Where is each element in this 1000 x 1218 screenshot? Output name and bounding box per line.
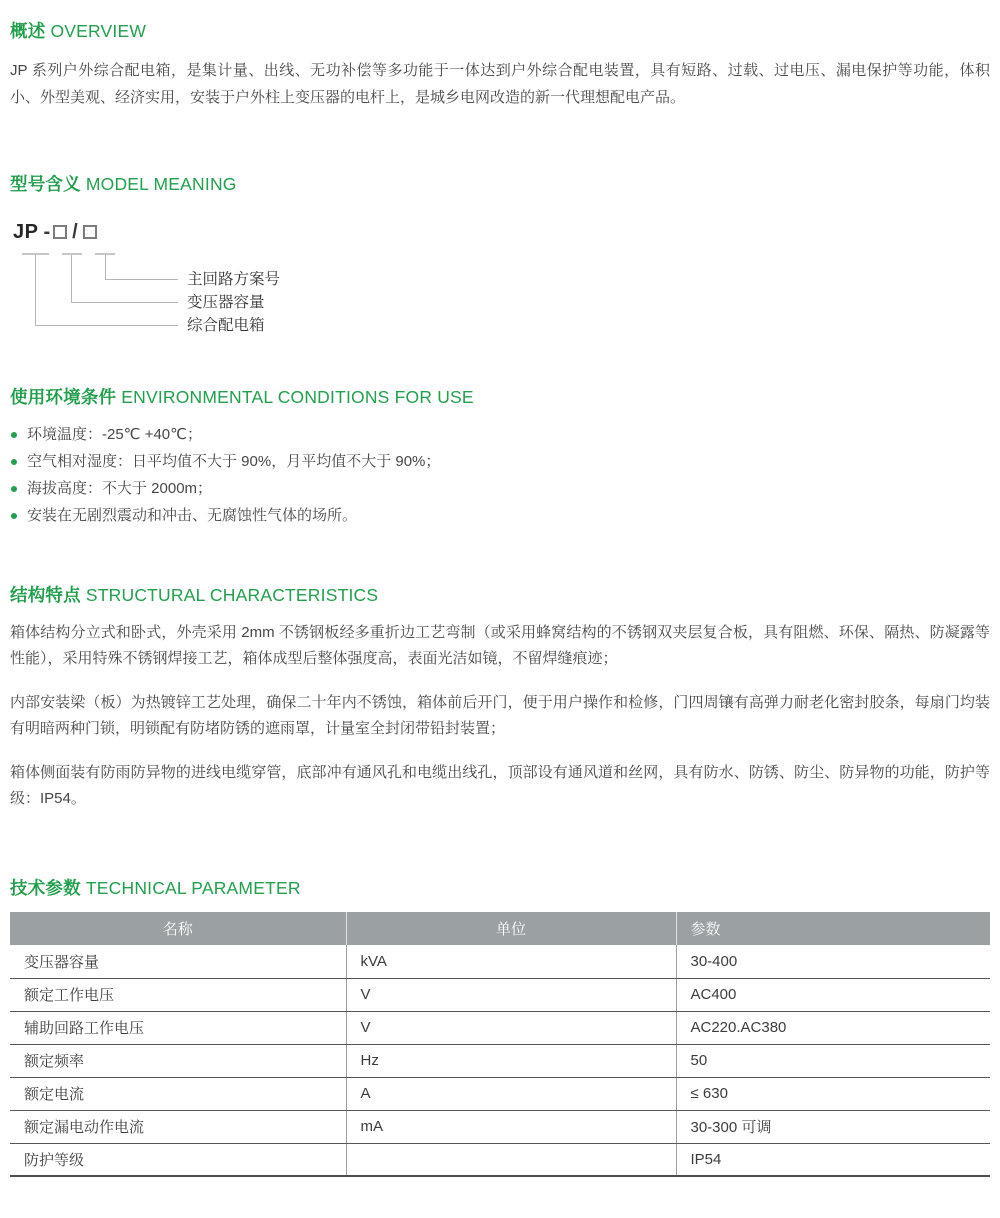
cell-name: 额定漏电动作电流 — [10, 1110, 346, 1143]
overview-heading-en: OVERVIEW — [50, 21, 146, 41]
cell-parameter: ≤ 630 — [676, 1077, 990, 1110]
list-item-text: 环境温度：-25℃ +40℃； — [27, 426, 202, 443]
environment-heading: 使用环境条件 ENVIRONMENTAL CONDITIONS FOR USE — [10, 386, 990, 408]
section-technical: 技术参数 TECHNICAL PARAMETER 名称 单位 参数 变压器容量 … — [10, 877, 990, 1177]
cell-unit — [346, 1143, 676, 1176]
cell-unit: V — [346, 978, 676, 1011]
list-item: 安装在无剧烈震动和冲击、无腐蚀性气体的场所。 — [10, 502, 990, 529]
overview-heading: 概述 OVERVIEW — [10, 20, 990, 42]
list-item-text: 安装在无剧烈震动和冲击、无腐蚀性气体的场所。 — [27, 507, 357, 524]
environment-heading-en: ENVIRONMENTAL CONDITIONS FOR USE — [121, 387, 474, 407]
cell-name: 额定电流 — [10, 1077, 346, 1110]
bullet-icon — [11, 459, 17, 465]
bullet-icon — [11, 513, 17, 519]
cell-parameter: 30-300 可调 — [676, 1110, 990, 1143]
section-model-meaning: 型号含义 MODEL MEANING JP-/ 主回路方案号 变压器容量 综合配… — [10, 173, 990, 365]
cell-unit: mA — [346, 1110, 676, 1143]
bullet-icon — [11, 432, 17, 438]
cell-name: 额定频率 — [10, 1044, 346, 1077]
environment-heading-zh: 使用环境条件 — [10, 387, 116, 407]
table-row: 变压器容量 kVA 30-400 — [10, 945, 990, 978]
model-dash: - — [43, 221, 50, 243]
model-meaning-heading-zh: 型号含义 — [10, 174, 81, 194]
table-header-name: 名称 — [10, 912, 346, 945]
cell-parameter: 30-400 — [676, 945, 990, 978]
table-header-parameter: 参数 — [676, 912, 990, 945]
structure-paragraph: 箱体侧面装有防雨防异物的进线电缆穿管，底部冲有通风孔和电缆出线孔，顶部设有通风道… — [10, 760, 990, 812]
table-row: 额定漏电动作电流 mA 30-300 可调 — [10, 1110, 990, 1143]
model-slash: / — [72, 221, 78, 243]
table-row: 辅助回路工作电压 V AC220.AC380 — [10, 1011, 990, 1044]
table-row: 额定频率 Hz 50 — [10, 1044, 990, 1077]
model-prefix: JP — [13, 221, 38, 243]
cell-unit: Hz — [346, 1044, 676, 1077]
cell-unit: A — [346, 1077, 676, 1110]
product-spec-page: 概述 OVERVIEW JP 系列户外综合配电箱，是集计量、出线、无功补偿等多功… — [0, 0, 1000, 1218]
cell-name: 防护等级 — [10, 1143, 346, 1176]
structure-heading: 结构特点 STRUCTURAL CHARACTERISTICS — [10, 584, 990, 606]
cell-name: 额定工作电压 — [10, 978, 346, 1011]
model-label-scheme: 主回路方案号 — [187, 270, 280, 290]
table-row: 防护等级 IP54 — [10, 1143, 990, 1176]
environment-list: 环境温度：-25℃ +40℃； 空气相对湿度：日平均值不大于 90%，月平均值不… — [10, 421, 990, 529]
technical-parameter-table: 名称 单位 参数 变压器容量 kVA 30-400 额定工作电压 V AC400… — [10, 912, 990, 1177]
overview-paragraph: JP 系列户外综合配电箱，是集计量、出线、无功补偿等多功能于一体达到户外综合配电… — [10, 57, 990, 111]
table-row: 额定电流 A ≤ 630 — [10, 1077, 990, 1110]
structure-heading-zh: 结构特点 — [10, 585, 81, 605]
section-environment: 使用环境条件 ENVIRONMENTAL CONDITIONS FOR USE … — [10, 386, 990, 529]
structure-paragraph: 箱体结构分立式和卧式，外壳采用 2mm 不锈钢板经多重折边工艺弯制（或采用蜂窝结… — [10, 620, 990, 672]
cell-unit: V — [346, 1011, 676, 1044]
model-box-icon — [53, 225, 67, 239]
list-item: 环境温度：-25℃ +40℃； — [10, 421, 990, 448]
cell-parameter: AC220.AC380 — [676, 1011, 990, 1044]
table-header-row: 名称 单位 参数 — [10, 912, 990, 945]
table-row: 额定工作电压 V AC400 — [10, 978, 990, 1011]
model-box-icon — [83, 225, 97, 239]
list-item-text: 空气相对湿度：日平均值不大于 90%，月平均值不大于 90%； — [27, 453, 440, 470]
cell-name: 辅助回路工作电压 — [10, 1011, 346, 1044]
model-code-diagram: JP-/ 主回路方案号 变压器容量 综合配电箱 — [10, 195, 990, 365]
list-item: 空气相对湿度：日平均值不大于 90%，月平均值不大于 90%； — [10, 448, 990, 475]
structure-heading-en: STRUCTURAL CHARACTERISTICS — [86, 585, 378, 605]
list-item-text: 海拔高度：不大于 2000m； — [27, 480, 212, 497]
cell-parameter: AC400 — [676, 978, 990, 1011]
section-structure: 结构特点 STRUCTURAL CHARACTERISTICS 箱体结构分立式和… — [10, 584, 990, 812]
list-item: 海拔高度：不大于 2000m； — [10, 475, 990, 502]
connector-line-box — [35, 255, 178, 326]
table-header-unit: 单位 — [346, 912, 676, 945]
cell-unit: kVA — [346, 945, 676, 978]
bullet-icon — [11, 486, 17, 492]
model-meaning-heading-en: MODEL MEANING — [86, 174, 237, 194]
structure-paragraph: 内部安装梁（板）为热镀锌工艺处理，确保二十年内不锈蚀，箱体前后开门，便于用户操作… — [10, 690, 990, 742]
cell-parameter: IP54 — [676, 1143, 990, 1176]
model-label-box: 综合配电箱 — [187, 316, 265, 336]
technical-heading-zh: 技术参数 — [10, 878, 81, 898]
model-code: JP-/ — [13, 221, 97, 244]
model-label-capacity: 变压器容量 — [187, 293, 265, 313]
cell-name: 变压器容量 — [10, 945, 346, 978]
technical-heading-en: TECHNICAL PARAMETER — [86, 878, 301, 898]
overview-heading-zh: 概述 — [10, 21, 45, 41]
technical-heading: 技术参数 TECHNICAL PARAMETER — [10, 877, 990, 899]
section-overview: 概述 OVERVIEW JP 系列户外综合配电箱，是集计量、出线、无功补偿等多功… — [10, 20, 990, 111]
cell-parameter: 50 — [676, 1044, 990, 1077]
model-meaning-heading: 型号含义 MODEL MEANING — [10, 173, 990, 195]
